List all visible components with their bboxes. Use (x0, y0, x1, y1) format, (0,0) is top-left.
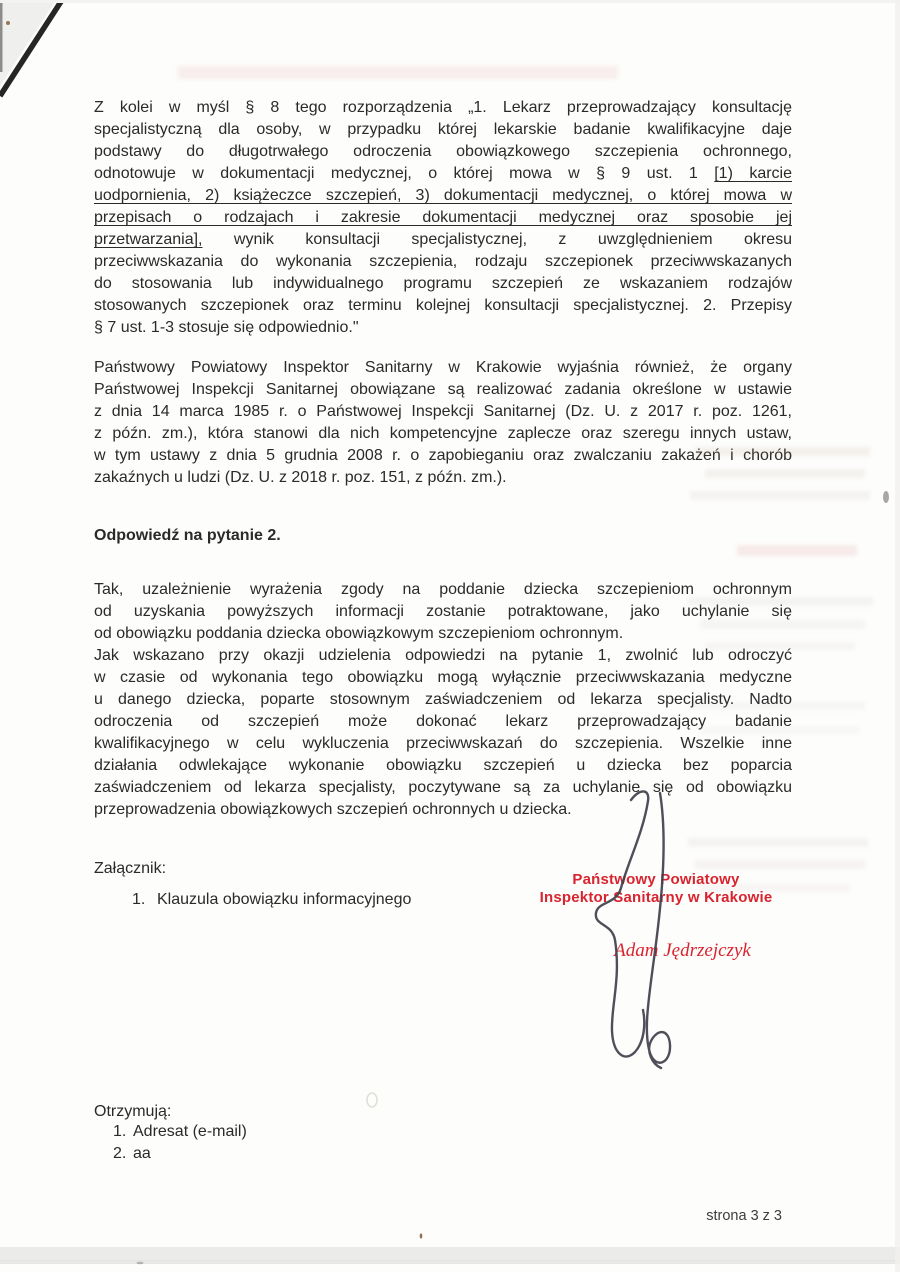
text-line: odnotowuje w dokumentacji medycznej, o k… (94, 163, 792, 185)
handwritten-signature-stroke (647, 793, 670, 1068)
text-line: Państwowej Inspekcji Sanitarnej obowiąza… (94, 379, 792, 401)
scan-speck (6, 21, 10, 25)
text-segment: specjalistyczną dla osoby, w przypadku k… (94, 121, 792, 138)
paragraph-answer-2: Tak, uzależnienie wyrażenia zgody na pod… (94, 579, 792, 821)
text-segment: od uzyskania powyższych informacji zosta… (94, 603, 792, 620)
attachments-label: Załącznik: (94, 858, 166, 880)
text-segment: przeciwwskazania do wykonania szczepieni… (94, 253, 792, 270)
text-segment: w tym ustawy z dnia 5 grudnia 2008 r. o … (94, 447, 792, 464)
scan-edge-band-bottom (0, 1247, 900, 1261)
text-segment: Z kolei w myśl § 8 tego rozporządzenia „… (94, 99, 792, 116)
text-segment: Tak, uzależnienie wyrażenia zgody na pod… (94, 581, 792, 598)
text-line: § 7 ust. 1-3 stosuje się odpowiednio." (94, 317, 792, 339)
text-line: zakaźnych u ludzi (Dz. U. z 2018 r. poz.… (94, 467, 792, 489)
paragraph-sanitary-inspection-tasks: Państwowy Powiatowy Inspektor Sanitarny … (94, 357, 792, 489)
text-segment: od obowiązku poddania dziecka obowiązkow… (94, 625, 623, 642)
text-line: Państwowy Powiatowy Inspektor Sanitarny … (94, 357, 792, 379)
text-segment: zakaźnych u ludzi (Dz. U. z 2018 r. poz.… (94, 469, 507, 486)
text-line: stosowanych szczepionek oraz terminu kol… (94, 295, 792, 317)
official-stamp: Państwowy Powiatowy Inspektor Sanitarny … (518, 871, 794, 906)
list-item-number: 1. (132, 889, 157, 910)
text-segment: Państwowej Inspekcji Sanitarnej obowiąza… (94, 381, 792, 398)
text-line: od uzyskania powyższych informacji zosta… (94, 601, 792, 623)
list-item-text: Klauzula obowiązku informacyjnego (157, 891, 411, 908)
scan-speck (137, 1262, 144, 1264)
text-line: działania odwlekające wykonanie obowiązk… (94, 755, 792, 777)
scanned-document-page: Z kolei w myśl § 8 tego rozporządzenia „… (0, 0, 900, 1272)
recipients-list: 1.Adresat (e-mail)2.aa (94, 1121, 673, 1164)
list-item-number: 1. (113, 1121, 133, 1142)
handwritten-signature (596, 791, 670, 1068)
underlined-text-segment: przetwarzania], (94, 231, 203, 248)
text-segment: u danego dziecka, poparte stosownym zaśw… (94, 691, 792, 708)
text-segment: z późn. zm.), która stanowi dla nich kom… (94, 425, 792, 442)
stamp-signer-name: Adam Jędrzejczyk (575, 940, 790, 962)
text-line: Tak, uzależnienie wyrażenia zgody na pod… (94, 579, 792, 601)
text-segment: Jak wskazano przy okazji udzielenia odpo… (94, 647, 792, 664)
text-segment: zaświadczeniem od lekarza specjalisty, p… (94, 779, 792, 796)
text-segment: odroczenia od szczepień może dokonać lek… (94, 713, 792, 730)
text-line: specjalistyczną dla osoby, w przypadku k… (94, 119, 792, 141)
text-segment: kwalifikacyjnego w celu wykluczenia prze… (94, 735, 792, 752)
text-segment: działania odwlekające wykonanie obowiązk… (94, 757, 792, 774)
scan-edge-band-bottom2 (0, 1260, 900, 1264)
text-line: z dnia 14 marca 1985 r. o Państwowej Ins… (94, 401, 792, 423)
scan-speck (420, 1233, 423, 1238)
text-segment: Państwowy Powiatowy Inspektor Sanitarny … (94, 359, 792, 376)
page-number-footer: strona 3 z 3 (706, 1208, 782, 1224)
text-line: Z kolei w myśl § 8 tego rozporządzenia „… (94, 97, 792, 119)
list-item-number: 2. (113, 1143, 133, 1164)
paragraph-regulation-quote: Z kolei w myśl § 8 tego rozporządzenia „… (94, 97, 792, 339)
list-item-text: Adresat (e-mail) (133, 1123, 247, 1140)
text-line: do stosowania lub indywidualnego program… (94, 273, 792, 295)
text-line: podstawy do długotrwałego odroczenia obo… (94, 141, 792, 163)
section-heading-answer-2: Odpowiedź na pytanie 2. (94, 527, 281, 545)
list-item: 1.Adresat (e-mail) (113, 1121, 673, 1142)
corner-edge-shadow (0, 0, 3, 72)
text-line: w tym ustawy z dnia 5 grudnia 2008 r. o … (94, 445, 792, 467)
text-line: przepisach o rodzajach i zakresie dokume… (94, 207, 792, 229)
handwritten-signature-stroke (596, 791, 648, 1056)
corner-fold-line (0, 0, 62, 96)
text-line: w czasie od wykonania tego obowiązku mog… (94, 667, 792, 689)
underlined-text-segment: przepisach o rodzajach i zakresie dokume… (94, 209, 792, 226)
text-segment: z dnia 14 marca 1985 r. o Państwowej Ins… (94, 403, 792, 420)
text-segment: w czasie od wykonania tego obowiązku mog… (94, 669, 792, 686)
text-line: Jak wskazano przy okazji udzielenia odpo… (94, 645, 792, 667)
text-segment: stosowanych szczepionek oraz terminu kol… (94, 297, 792, 314)
stamp-title-line2: Inspektor Sanitarny w Krakowie (518, 889, 794, 907)
text-segment: wynik konsultacji specjalistycznej, z uw… (203, 231, 793, 248)
scan-edge-band-right (895, 0, 900, 1272)
corner-fold-artifact (0, 0, 56, 86)
text-line: uodpornienia, 2) książeczce szczepień, 3… (94, 185, 792, 207)
underlined-text-segment: [1) karcie (714, 165, 792, 182)
text-line: zaświadczeniem od lekarza specjalisty, p… (94, 777, 792, 799)
stamp-title-line1: Państwowy Powiatowy (518, 871, 794, 889)
text-line: odroczenia od szczepień może dokonać lek… (94, 711, 792, 733)
text-segment: odnotowuje w dokumentacji medycznej, o k… (94, 165, 714, 182)
text-line: przetwarzania], wynik konsultacji specja… (94, 229, 792, 251)
text-line: kwalifikacyjnego w celu wykluczenia prze… (94, 733, 792, 755)
text-line: przeciwwskazania do wykonania szczepieni… (94, 251, 792, 273)
text-line: od obowiązku poddania dziecka obowiązkow… (94, 623, 792, 645)
text-segment: przeprowadzenia obowiązkowych szczepień … (94, 801, 572, 818)
text-segment: § 7 ust. 1-3 stosuje się odpowiednio." (94, 319, 359, 336)
list-item-text: aa (133, 1145, 151, 1162)
text-line: przeprowadzenia obowiązkowych szczepień … (94, 799, 792, 821)
text-segment: do stosowania lub indywidualnego program… (94, 275, 792, 292)
text-line: z późn. zm.), która stanowi dla nich kom… (94, 423, 792, 445)
list-item: 2.aa (113, 1143, 673, 1164)
recipients-label: Otrzymują: (94, 1101, 171, 1123)
scan-edge-band-top (0, 0, 900, 3)
text-segment: podstawy do długotrwałego odroczenia obo… (94, 143, 792, 160)
underlined-text-segment: uodpornienia, 2) książeczce szczepień, 3… (94, 187, 792, 204)
scan-ghost-ring (367, 1093, 377, 1107)
text-line: u danego dziecka, poparte stosownym zaśw… (94, 689, 792, 711)
scan-smudge (883, 491, 889, 503)
